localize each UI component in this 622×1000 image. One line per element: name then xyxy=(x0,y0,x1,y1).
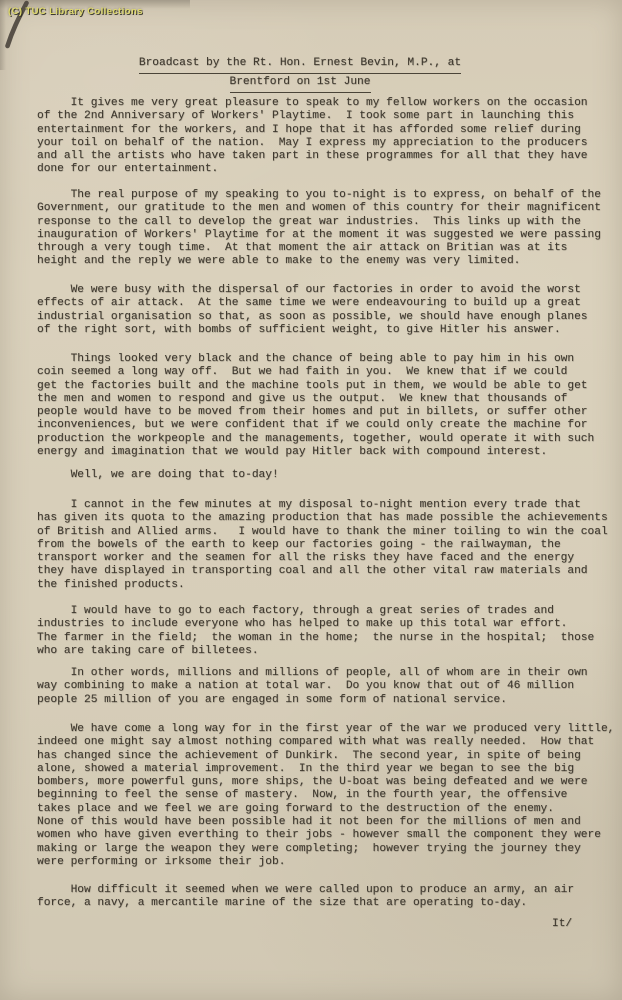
document-title-line2: Brentford on 1st June xyxy=(230,74,371,93)
paragraph-10: How difficult it seemed when we were cal… xyxy=(37,884,574,911)
paragraph-5: Well, we are doing that to-day! xyxy=(37,469,279,482)
paragraph-6: I cannot in the few minutes at my dispos… xyxy=(37,499,608,592)
paragraph-2: The real purpose of my speaking to you t… xyxy=(37,189,601,269)
paragraph-7: I would have to go to each factory, thro… xyxy=(37,605,594,658)
paragraph-9: We have come a long way for in the first… xyxy=(37,723,614,869)
page-continuation-marker: It/ xyxy=(552,918,572,930)
scanned-document-page: (C) TUC Library Collections Broadcast by… xyxy=(0,0,622,1000)
paragraph-3: We were busy with the dispersal of our f… xyxy=(37,284,588,337)
paragraph-8: In other words, millions and millions of… xyxy=(37,667,588,707)
document-title-line1: Broadcast by the Rt. Hon. Ernest Bevin, … xyxy=(139,55,461,74)
paragraph-1: It gives me very great pleasure to speak… xyxy=(37,97,588,177)
library-watermark-label: (C) TUC Library Collections xyxy=(8,6,143,17)
document-title: Broadcast by the Rt. Hon. Ernest Bevin, … xyxy=(0,55,600,93)
paragraph-4: Things looked very black and the chance … xyxy=(37,353,594,459)
